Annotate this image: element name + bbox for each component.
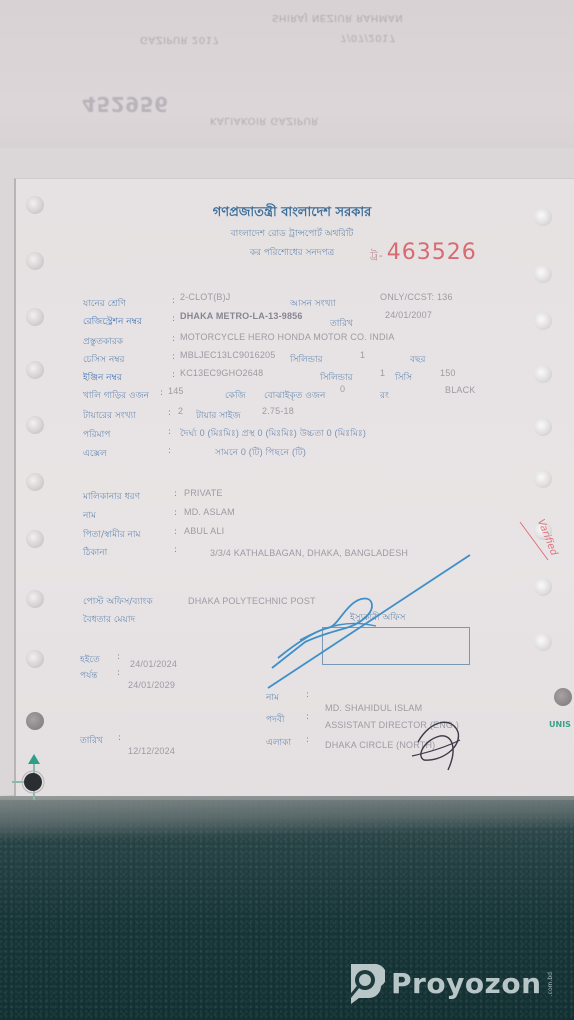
field-label: রং [380, 388, 389, 403]
field-label: বৈধতার মেয়াদ [83, 612, 135, 627]
field-label: তারিখ [330, 316, 353, 331]
field-label: বছর [410, 352, 425, 367]
dimensions-value: দৈর্ঘ্য 0 (মিঃমিঃ) প্রস্থ 0 (মিঃমিঃ) উচ্… [180, 426, 366, 441]
ghost-text: GAZIPUR 2017 [140, 34, 219, 45]
colon: : [172, 352, 175, 362]
field-label: পরিমাপ [83, 427, 110, 442]
ghost-number: 452956 [82, 92, 169, 116]
serial-value: 463526 [387, 240, 477, 265]
axle-value: সামনে 0 (টি) পিছনে (টি) [215, 445, 306, 460]
field-label: পোস্ট অফিস/ব্যাংক [83, 594, 153, 609]
field-label: কেজি [225, 388, 246, 403]
field-label: প্রস্তুতকারক [83, 334, 123, 349]
move-handle-icon[interactable] [12, 752, 52, 800]
seat-value: ONLY/CCST: 136 [380, 292, 453, 302]
field-label: পদবী [266, 712, 284, 727]
valid-from-value: 24/01/2024 [130, 659, 177, 669]
ghost-text: KALIAKOIR GAZIPUR [210, 115, 319, 126]
punch-hole [26, 473, 44, 491]
punch-hole [26, 590, 44, 608]
magnifier-logo-icon [345, 962, 385, 1004]
field-label: নাম [266, 690, 279, 705]
punch-hole [534, 312, 552, 330]
watermark: Proyozon .com.bd [345, 962, 542, 1004]
field-label: পিতা/স্বামীর নাম [83, 527, 141, 542]
colon: : [306, 735, 309, 745]
edge-text: UNIS [549, 720, 571, 729]
maker-value: MOTORCYCLE HERO HONDA MOTOR CO. INDIA [180, 332, 395, 342]
colon: : [172, 370, 175, 380]
field-label: টায়ার সাইজ [196, 408, 241, 423]
issuer-designation-value: ASSISTANT DIRECTOR (ENG.) [325, 720, 459, 730]
field-label: এলাকা [266, 735, 291, 750]
punch-hole [26, 650, 44, 668]
registration-date-value: 24/01/2007 [385, 310, 432, 320]
issuer-name-value: MD. SHAHIDUL ISLAM [325, 703, 422, 713]
punch-hole [534, 265, 552, 283]
punch-hole [554, 688, 572, 706]
colon: : [306, 712, 309, 722]
colon: : [174, 527, 177, 537]
stamp-box [322, 627, 470, 665]
serial-number: ট্র-463526 [370, 240, 477, 266]
registration-number-value: DHAKA METRO-LA-13-9856 [180, 311, 303, 321]
cc-value: 150 [440, 368, 456, 378]
field-label: পর্যন্ত [80, 668, 98, 683]
valid-to-value: 24/01/2029 [128, 680, 175, 690]
field-label: টায়ারের সংখ্যা [83, 408, 136, 423]
punch-hole [26, 712, 44, 730]
field-label: তারিখ [80, 733, 103, 748]
color-value: BLACK [445, 385, 476, 395]
colon: : [117, 652, 120, 662]
colon: : [172, 314, 175, 324]
laden-weight-value: 0 [340, 384, 345, 394]
serial-prefix: ট্র- [370, 249, 384, 262]
post-office-value: DHAKA POLYTECHNIC POST [188, 596, 316, 606]
colon: : [174, 508, 177, 518]
colon: : [118, 733, 121, 743]
tyre-size-value: 2.75-18 [262, 406, 294, 416]
cylinder-value: 1 [380, 368, 385, 378]
colon: : [306, 690, 309, 700]
field-label: সিলিন্ডার [290, 352, 323, 367]
punch-hole [534, 470, 552, 488]
punch-hole [534, 365, 552, 383]
ghost-text: SHIRAJ NEZIUR RAHMAN [272, 12, 403, 23]
field-label: যানের শ্রেণি [83, 296, 126, 311]
field-label: হইতে [80, 652, 100, 667]
punch-hole [26, 530, 44, 548]
document-subtitle: বাংলাদেশ রোড ট্রান্সপোর্ট অথরিটি [0, 226, 574, 241]
colon: : [172, 296, 175, 306]
punch-hole [26, 308, 44, 326]
field-label: চেসিস নম্বর [83, 352, 124, 367]
punch-hole [534, 633, 552, 651]
field-label: সিলিন্ডার [320, 370, 353, 385]
cylinder-value: 1 [360, 350, 365, 360]
engine-number-value: KC13EC9GHO2648 [180, 368, 263, 378]
document-title: গণপ্রজাতন্ত্রী বাংলাদেশ সরকার [0, 203, 574, 224]
background-paper: SHIRAJ NEZIUR RAHMAN 7/07/2017 GAZIPUR 2… [0, 0, 574, 160]
field-label: রেজিস্ট্রেশন নম্বর [83, 314, 142, 329]
field-label: ঠিকানা [83, 545, 107, 560]
field-label: মালিকানার ধরণ [83, 489, 140, 504]
father-name-value: ABUL ALI [184, 526, 224, 536]
chassis-number-value: MBLJEC13LC9016205 [180, 350, 275, 360]
punch-hole [26, 361, 44, 379]
colon: : [168, 408, 171, 418]
colon: : [168, 446, 171, 456]
watermark-brand: Proyozon [391, 967, 542, 1000]
field-label: ইঞ্জিন নম্বর [83, 370, 122, 385]
unladen-weight-value: 145 [168, 386, 184, 396]
owner-name-value: MD. ASLAM [184, 507, 235, 517]
address-value: 3/3/4 KATHALBAGAN, DHAKA, BANGLADESH [210, 548, 408, 558]
punch-hole [534, 418, 552, 436]
field-label: বোঝাইকৃত ওজন [264, 388, 325, 403]
tyre-count-value: 2 [178, 406, 183, 416]
field-label: সিসি [395, 370, 412, 385]
tax-token-document [14, 178, 574, 796]
ownership-type-value: PRIVATE [184, 488, 223, 498]
issuer-area-value: DHAKA CIRCLE (NORTH) [325, 740, 435, 750]
issue-date-value: 12/12/2024 [128, 746, 175, 756]
colon: : [174, 489, 177, 499]
colon: : [117, 668, 120, 678]
colon: : [160, 388, 163, 398]
field-label: নাম [83, 508, 96, 523]
watermark-suffix: .com.bd [547, 972, 554, 996]
punch-hole [26, 416, 44, 434]
field-label: খালি গাড়ির ওজন [83, 388, 149, 403]
punch-hole [534, 578, 552, 596]
vehicle-class-value: 2-CLOT(B)J [180, 292, 231, 302]
field-label: এক্সেল [83, 446, 107, 461]
issuer-office-label: ইস্যুকারী অফিস [350, 610, 405, 625]
document-subtitle-2: কর পরিশোধের সনদপত্র [0, 245, 574, 260]
colon: : [172, 334, 175, 344]
colon: : [174, 545, 177, 555]
colon: : [168, 427, 171, 437]
field-label: আসন সংখ্যা [290, 296, 336, 311]
ghost-text: 7/07/2017 [340, 32, 396, 43]
